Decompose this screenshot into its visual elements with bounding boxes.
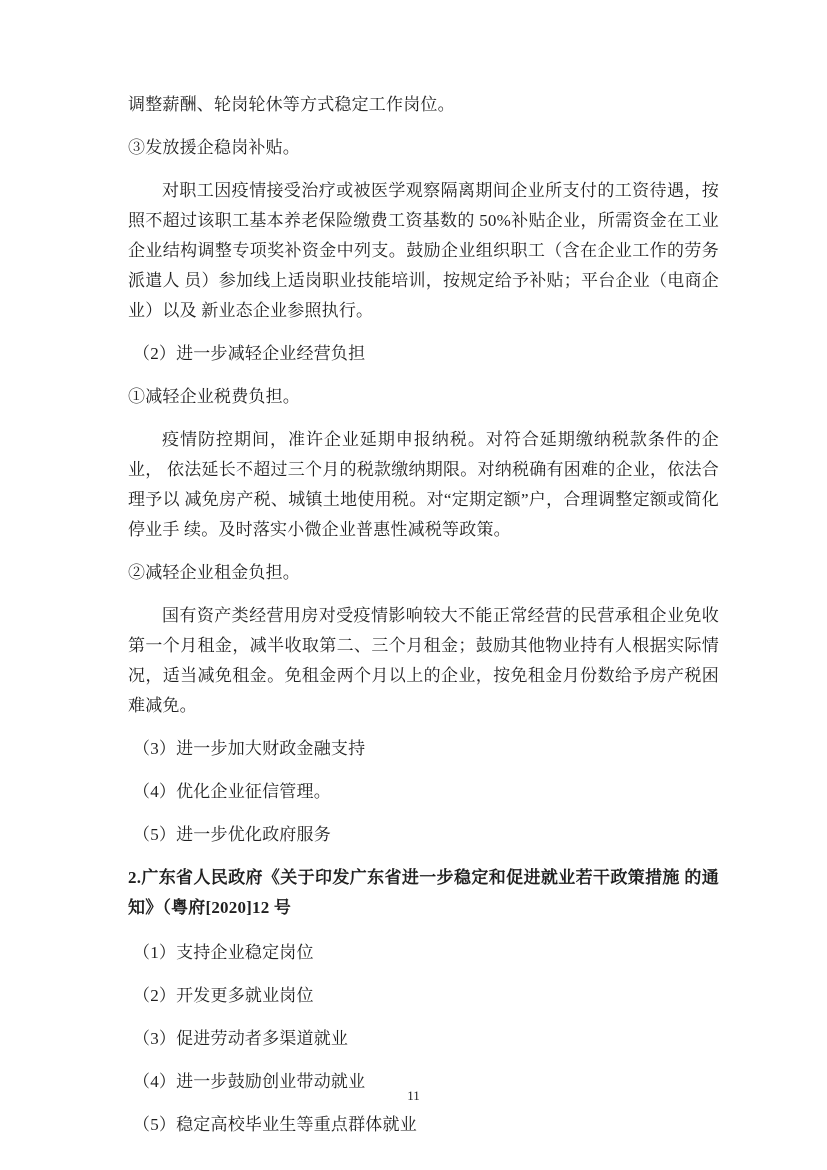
paragraph-continuation: 调整薪酬、轮岗轮休等方式稳定工作岗位。: [128, 90, 719, 120]
list-item: （5）稳定高校毕业生等重点群体就业: [128, 1110, 719, 1140]
body-paragraph: 国有资产类经营用房对受疫情影响较大不能正常经营的民营承租企业免收第一个月租金，减…: [128, 601, 719, 721]
numbered-clause: ③发放援企稳岗补贴。: [128, 133, 719, 163]
page-number: 11: [0, 1088, 827, 1104]
list-item: （1）支持企业稳定岗位: [128, 938, 719, 968]
list-item: （5）进一步优化政府服务: [128, 820, 719, 850]
list-item: （3）促进劳动者多渠道就业: [128, 1024, 719, 1054]
document-page: 调整薪酬、轮岗轮休等方式稳定工作岗位。 ③发放援企稳岗补贴。 对职工因疫情接受治…: [0, 0, 827, 1170]
numbered-clause: ①减轻企业税费负担。: [128, 382, 719, 412]
section-heading: 2.广东省人民政府《关于印发广东省进一步稳定和促进就业若干政策措施 的通知》（粤…: [128, 863, 719, 923]
list-item: （2）开发更多就业岗位: [128, 981, 719, 1011]
document-body: 调整薪酬、轮岗轮休等方式稳定工作岗位。 ③发放援企稳岗补贴。 对职工因疫情接受治…: [128, 90, 719, 1153]
list-item: （3）进一步加大财政金融支持: [128, 734, 719, 764]
list-item: （2）进一步减轻企业经营负担: [128, 339, 719, 369]
body-paragraph: 对职工因疫情接受治疗或被医学观察隔离期间企业所支付的工资待遇，按照不超过该职工基…: [128, 176, 719, 326]
list-item: （4）优化企业征信管理。: [128, 777, 719, 807]
body-paragraph: 疫情防控期间，准许企业延期申报纳税。对符合延期缴纳税款条件的企业， 依法延长不超…: [128, 425, 719, 545]
numbered-clause: ②减轻企业租金负担。: [128, 558, 719, 588]
